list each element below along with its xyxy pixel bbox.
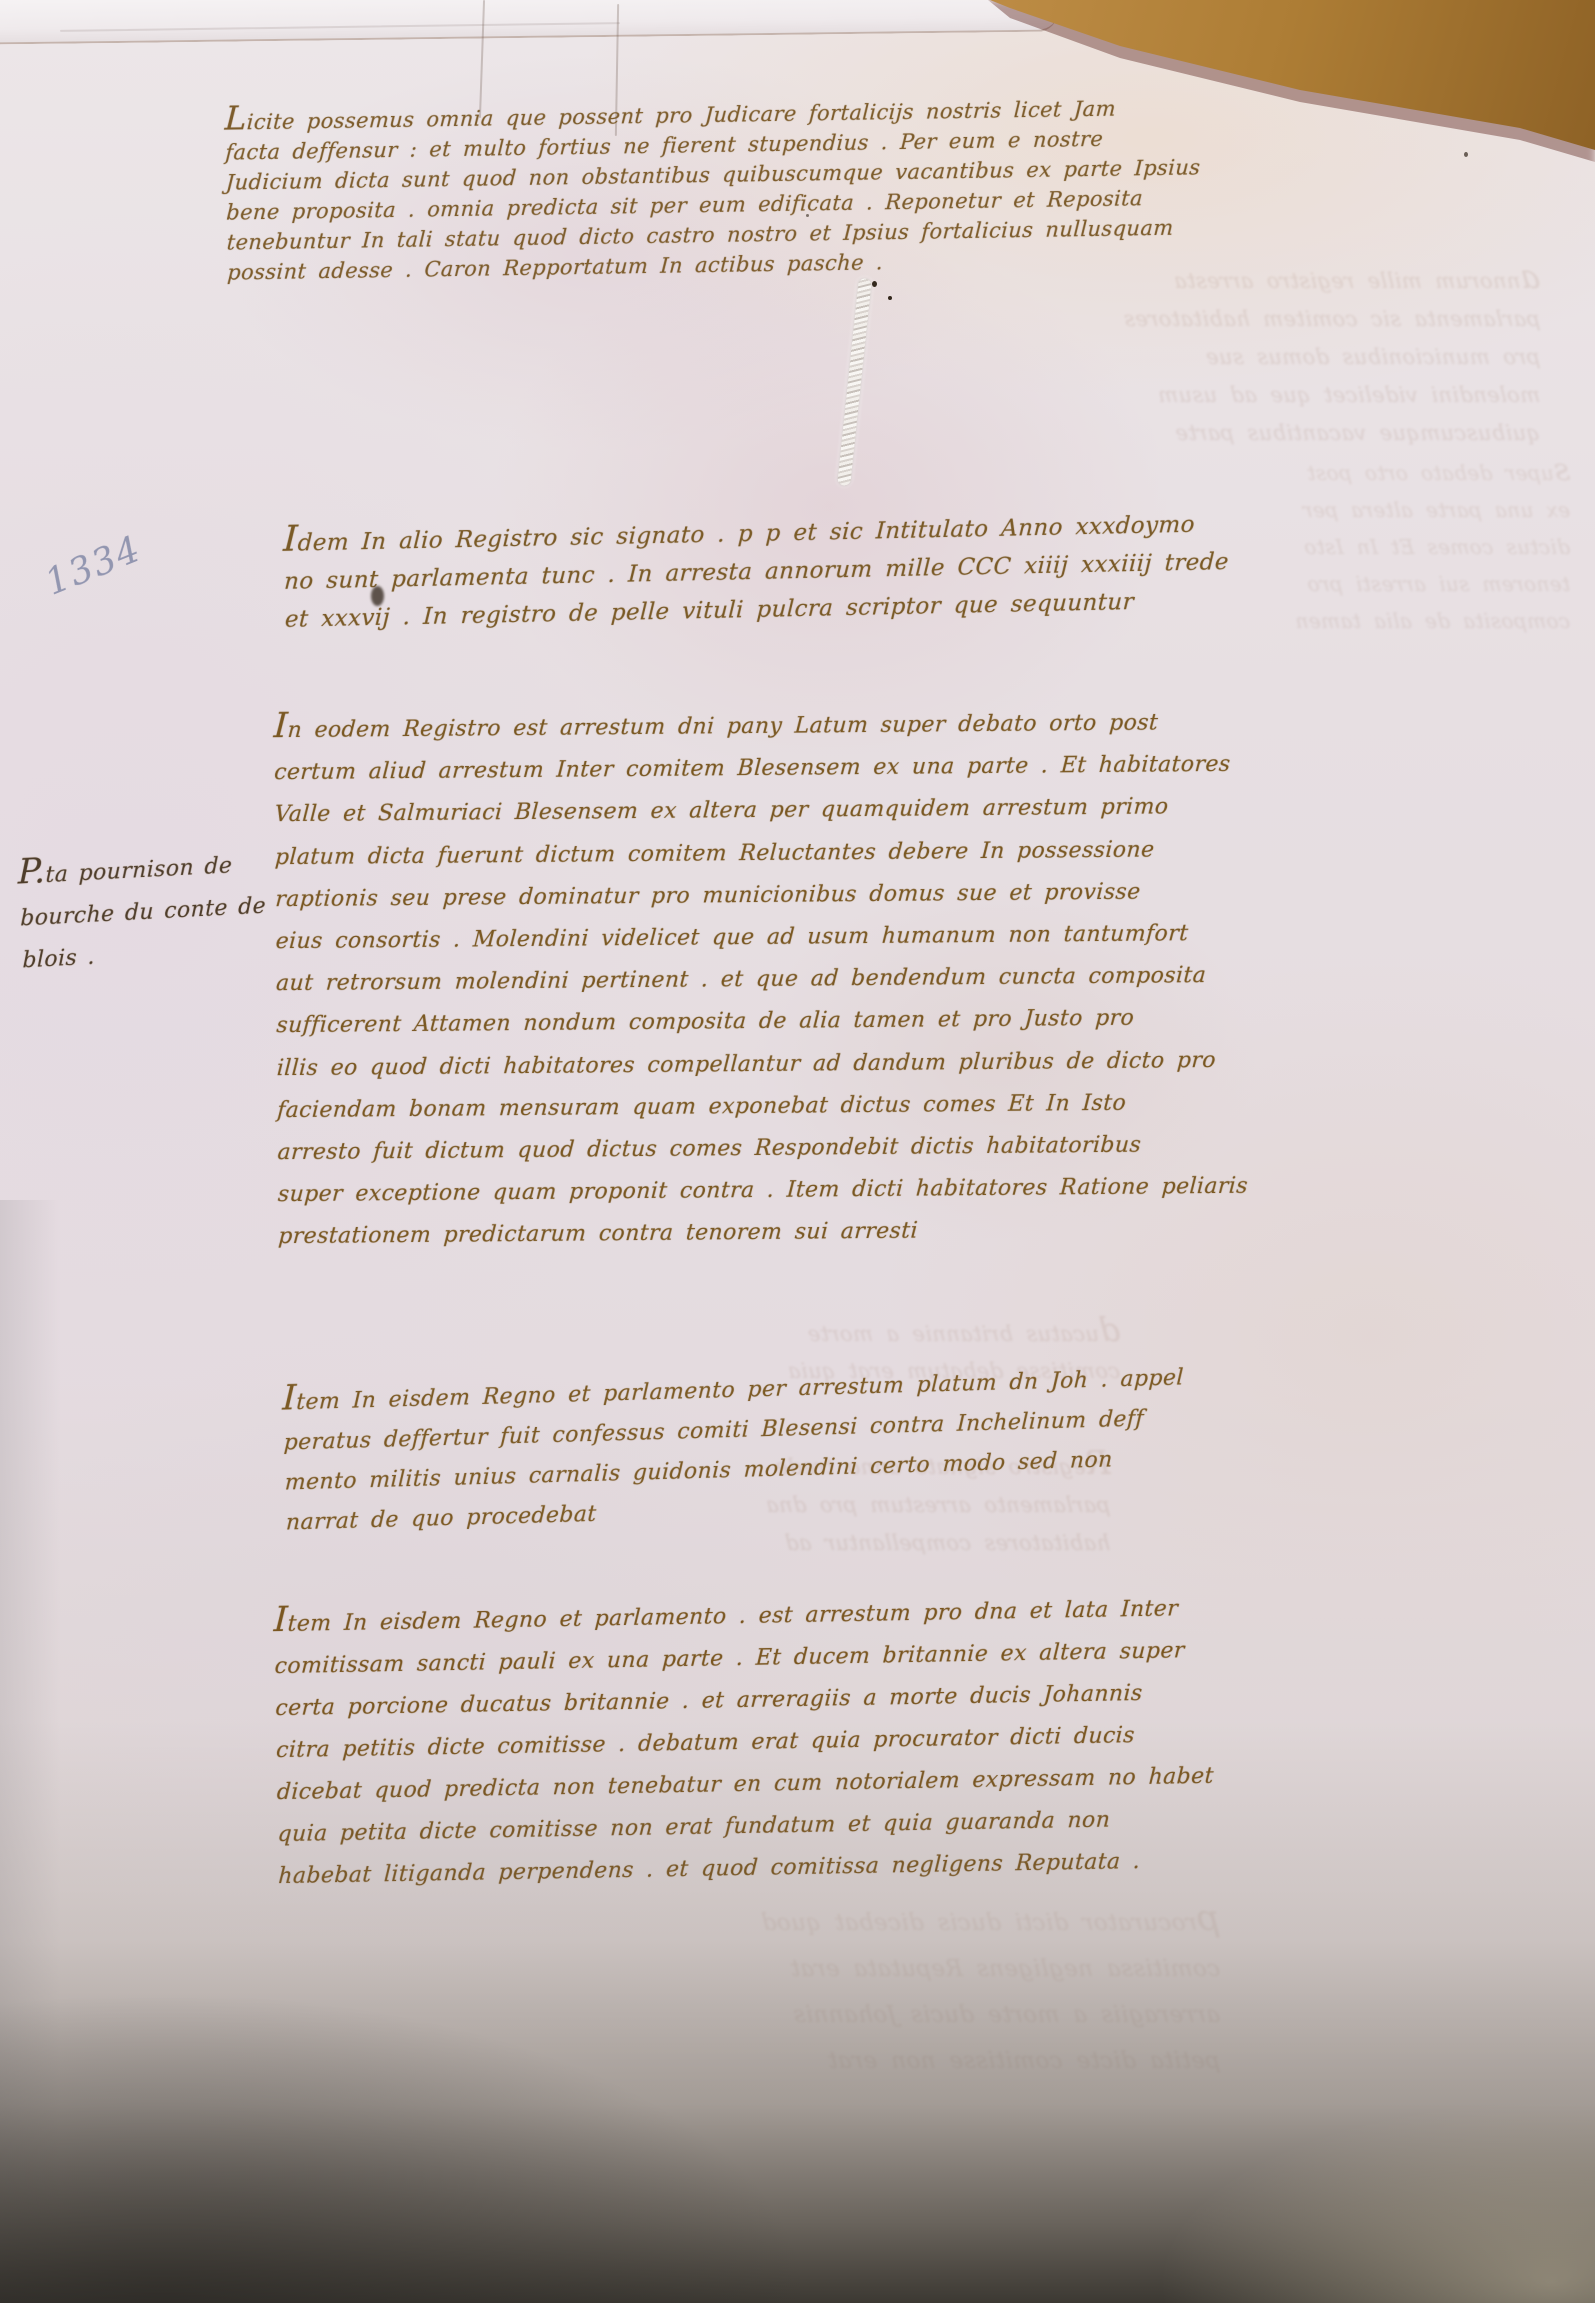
bottom-right-highlight [1050,2050,1595,2303]
paragraph-licite-possemus: Licite possemus omnia que possent pro Ju… [225,88,1202,287]
bleedthrough-line: quibuscumque vacantibus parte [809,414,1542,452]
previous-folio-edge [0,0,1058,45]
manuscript-line: prestationem predictarum contra tenorem … [277,1208,1250,1259]
bleedthrough-line: ducatus britannie a morte [559,1312,1122,1353]
bleedthrough-line: super debato orto post [1029,452,1572,492]
ink-speck [888,296,892,300]
margin-ink-note: P.ta pournison debourche du conte debloi… [17,839,274,983]
parchment-page: annorum mille registro arrestaparlamenta… [0,0,1595,2303]
bleedthrough-line: pro municionibus domus sue [809,338,1542,376]
paragraph-idem-in-alio-registro: Idem In alio Registro sic signato . p p … [283,501,1230,639]
margin-year-pencil-note: 1334 [40,529,148,604]
bottom-left-shadow [0,1950,900,2303]
ink-speck [806,214,809,217]
bleedthrough-line: parlamenta sic comitem habitatores [809,300,1542,338]
bleedthrough-line: molendini videlicet que ad usum [809,376,1542,414]
paragraph-in-eodem-registro: In eodem Registro est arrestum dni pany … [274,697,1249,1259]
ink-speck [872,281,877,287]
paragraph-item-parlamento-appeal: Item In eisdem Regno et parlamento per a… [282,1353,1188,1543]
ink-speck [1464,152,1468,157]
verso-bleedthrough: annorum mille registro arrestaparlamenta… [810,258,1540,452]
manuscript-photo: { "meta": { "description": "Photograph o… [0,0,1595,2303]
ink-smudge [371,586,384,606]
